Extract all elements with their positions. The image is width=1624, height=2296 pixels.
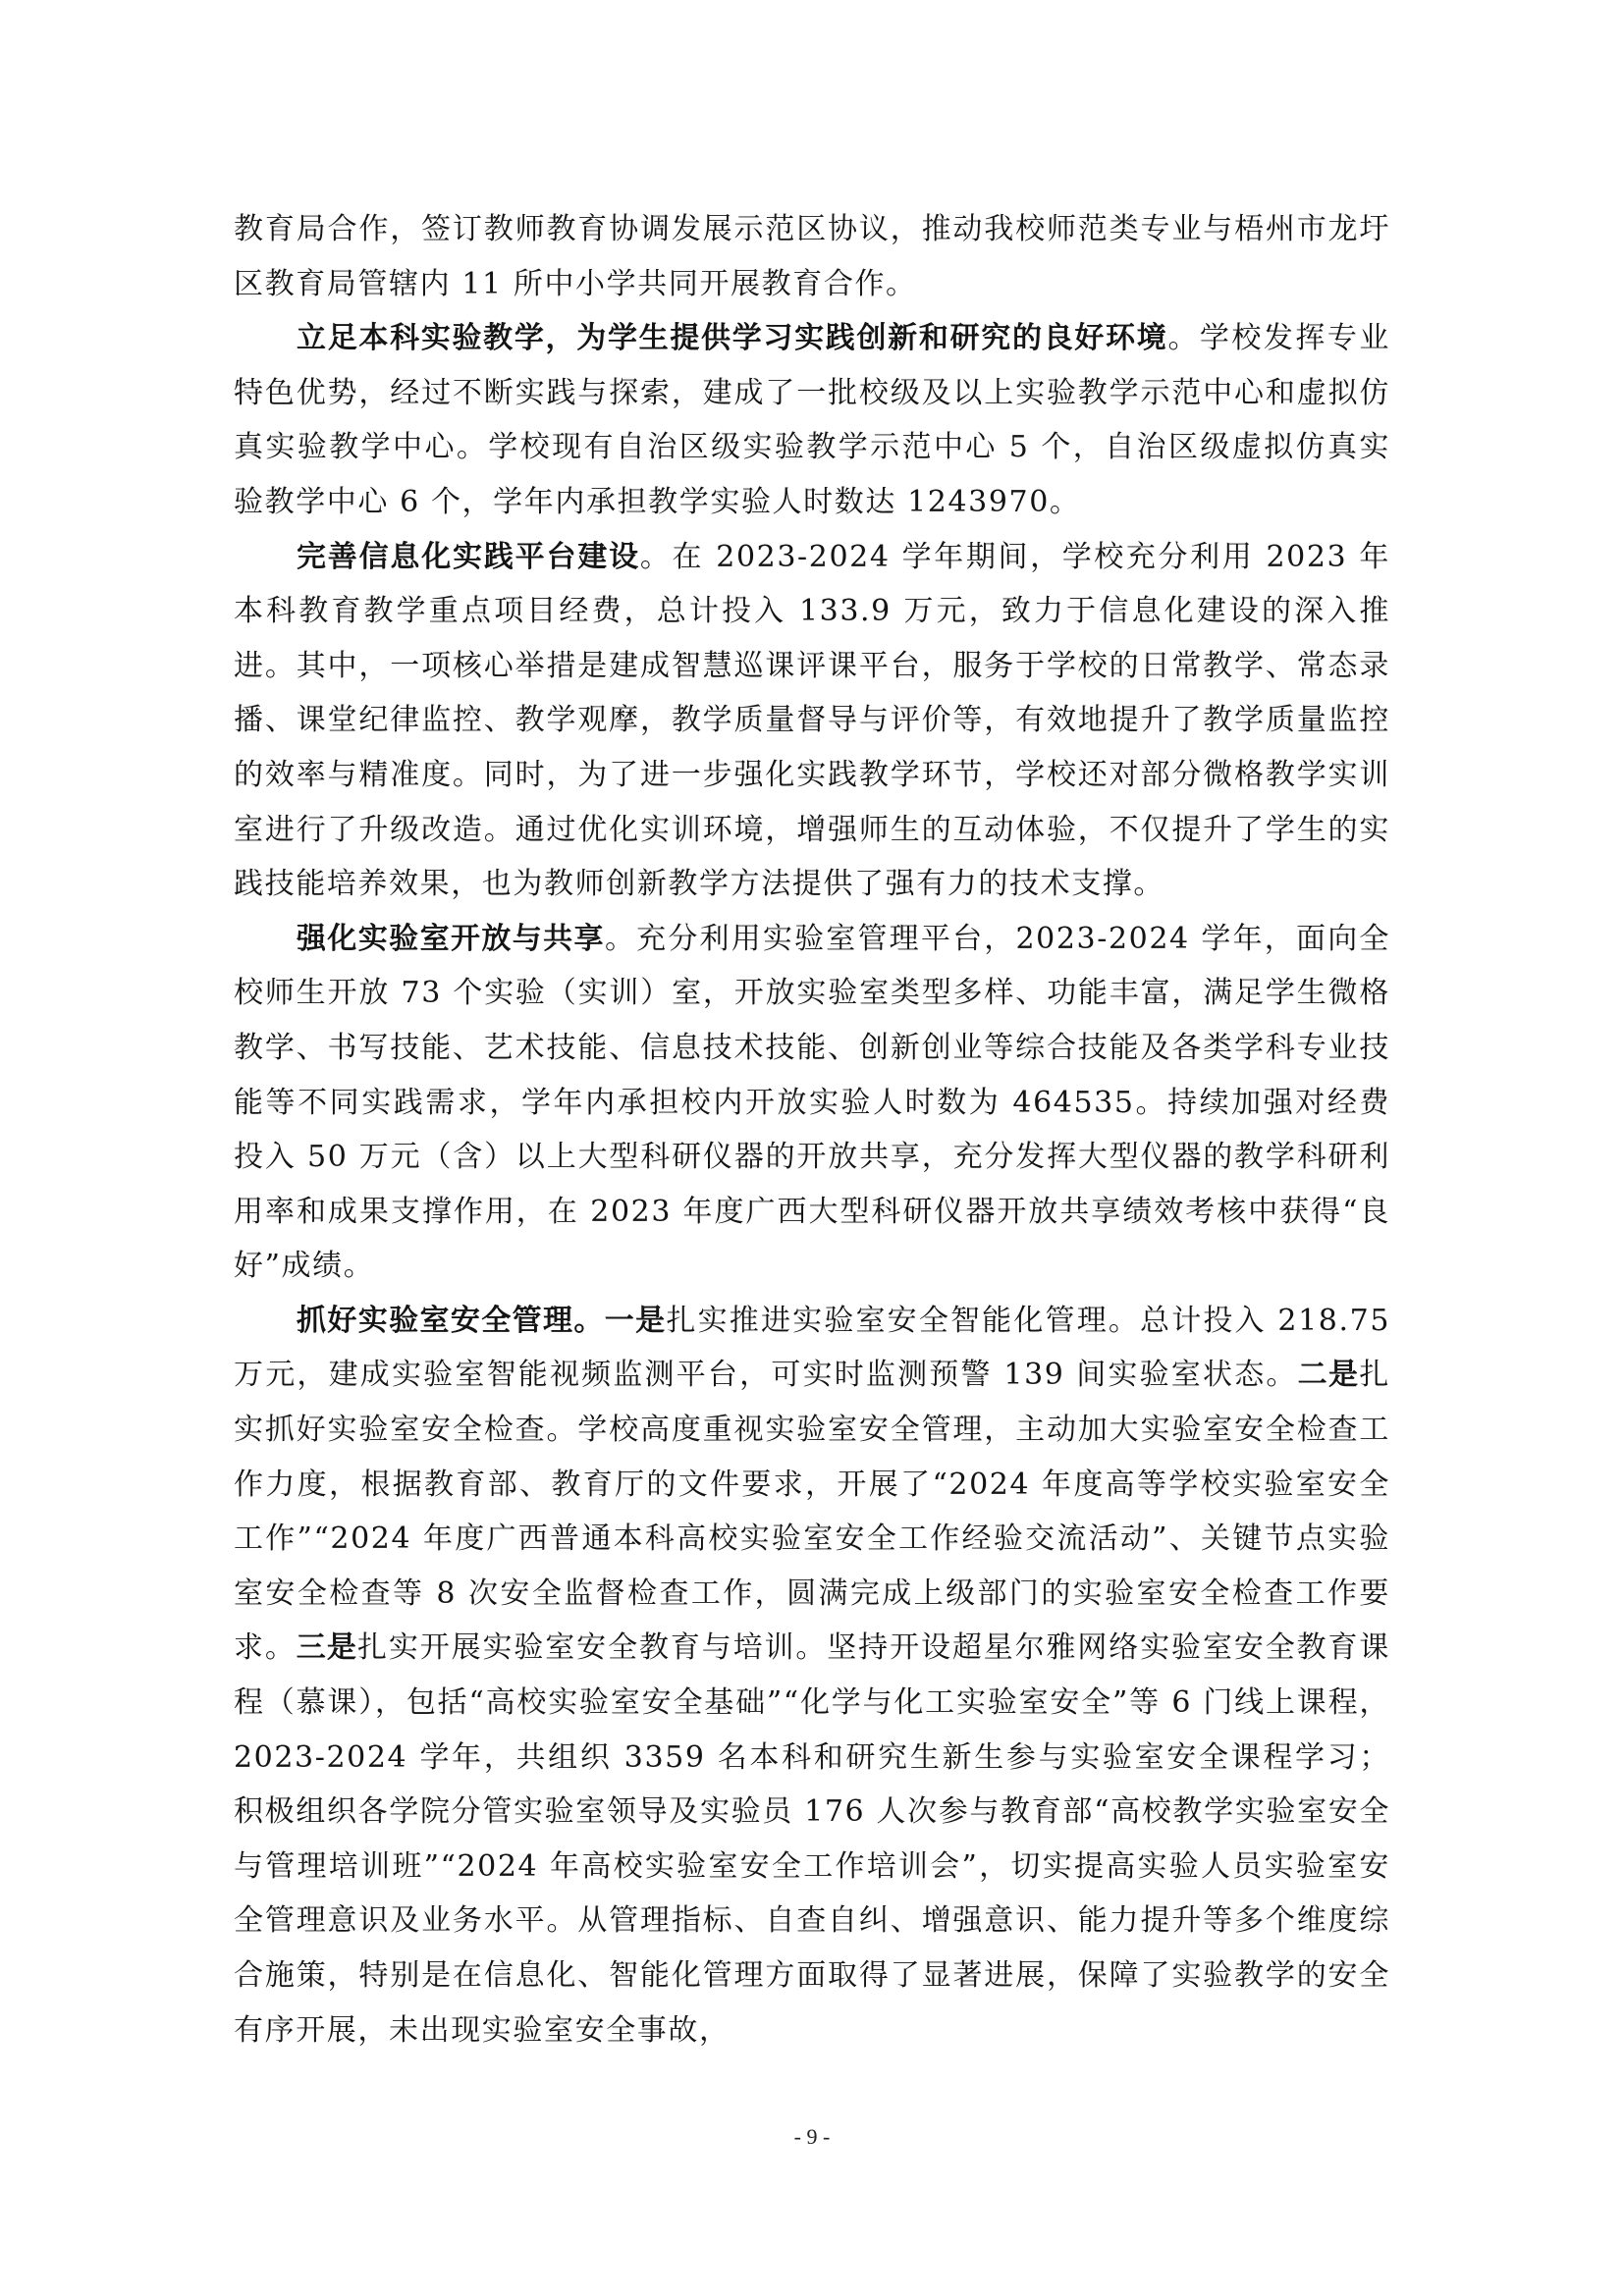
paragraph-informatization-platform: 完善信息化实践平台建设。在 2023-2024 学年期间，学校充分利用 2023…	[234, 530, 1390, 912]
paragraph-partnership-continuation: 教育局合作，签订教师教育协调发展示范区协议，推动我校师范类专业与梧州市龙圩区教育…	[234, 202, 1390, 311]
inline-bold-marker: 三是	[297, 1630, 357, 1665]
body-text: 。充分利用实验室管理平台，2023-2024 学年，面向全校师生开放 73 个实…	[234, 922, 1390, 1284]
paragraph-heading: 立足本科实验教学，为学生提供学习实践创新和研究的良好环境	[297, 321, 1167, 355]
paragraph-heading: 完善信息化实践平台建设	[297, 540, 640, 574]
body-text: 扎实抓好实验室安全检查。学校高度重视实验室安全管理，主动加大实验室安全检查工作力…	[234, 1358, 1390, 1665]
body-text: 教育局合作，签订教师教育协调发展示范区协议，推动我校师范类专业与梧州市龙圩区教育…	[234, 212, 1390, 301]
paragraph-heading: 抓好实验室安全管理。一是	[297, 1304, 666, 1338]
paragraph-heading: 强化实验室开放与共享	[297, 922, 605, 956]
body-text: 。在 2023-2024 学年期间，学校充分利用 2023 年本科教育教学重点项…	[234, 540, 1390, 902]
paragraph-experimental-teaching: 立足本科实验教学，为学生提供学习实践创新和研究的良好环境。学校发挥专业特色优势，…	[234, 311, 1390, 529]
body-text: 扎实开展实验室安全教育与培训。坚持开设超星尔雅网络实验室安全教育课程（慕课），包…	[234, 1630, 1390, 2047]
inline-bold-marker: 二是	[1298, 1358, 1360, 1392]
paragraph-lab-open-sharing: 强化实验室开放与共享。充分利用实验室管理平台，2023-2024 学年，面向全校…	[234, 912, 1390, 1294]
paragraph-lab-safety: 抓好实验室安全管理。一是扎实推进实验室安全智能化管理。总计投入 218.75 万…	[234, 1294, 1390, 2057]
page-number: - 9 -	[0, 2124, 1624, 2150]
document-page: 教育局合作，签订教师教育协调发展示范区协议，推动我校师范类专业与梧州市龙圩区教育…	[234, 202, 1390, 2057]
